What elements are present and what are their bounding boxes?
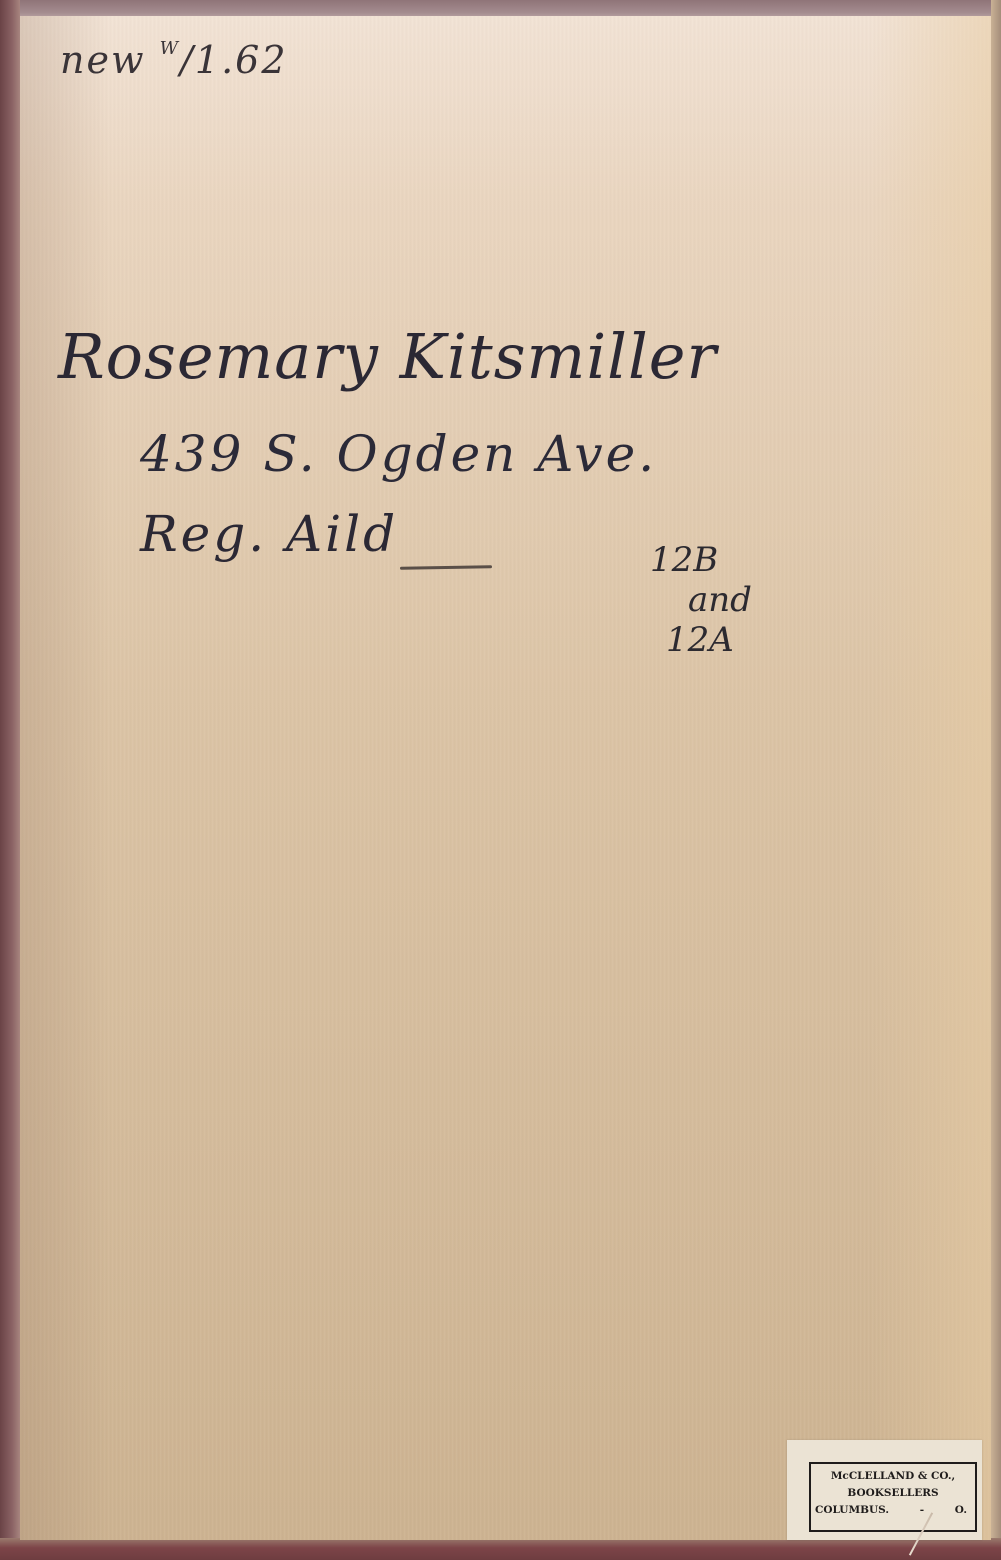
owner-note: Reg. Aild	[140, 505, 398, 563]
grade-line-1: 12B	[650, 540, 830, 580]
bookseller-location: COLUMBUS. - O.	[811, 1502, 975, 1519]
handwritten-price-note: new W/1.62	[60, 38, 288, 82]
bookseller-city: COLUMBUS.	[815, 1502, 889, 1519]
endpaper	[20, 16, 991, 1540]
bookseller-state: O.	[955, 1502, 967, 1519]
book-cover-bottom-edge	[0, 1538, 1001, 1560]
grade-line-3: 12A	[650, 620, 830, 660]
bookseller-label: McCLELLAND & CO., BOOKSELLERS COLUMBUS. …	[787, 1440, 982, 1540]
bookseller-type: BOOKSELLERS	[811, 1485, 975, 1502]
price-superscript: W	[160, 38, 181, 59]
bookseller-label-border: McCLELLAND & CO., BOOKSELLERS COLUMBUS. …	[809, 1462, 977, 1532]
book-cover-left-edge	[0, 0, 20, 1560]
bookseller-separator: -	[920, 1502, 924, 1519]
bookseller-name: McCLELLAND & CO.,	[811, 1468, 975, 1485]
owner-name: Rosemary Kitsmiller	[58, 320, 717, 393]
price-value: /1.62	[180, 38, 287, 82]
grade-line-2: and	[650, 580, 830, 620]
book-cover-right-edge	[991, 0, 1001, 1560]
price-prefix: new	[60, 38, 146, 82]
owner-address: 439 S. Ogden Ave.	[140, 425, 657, 483]
handwritten-grade-note: 12B and 12A	[650, 540, 830, 660]
